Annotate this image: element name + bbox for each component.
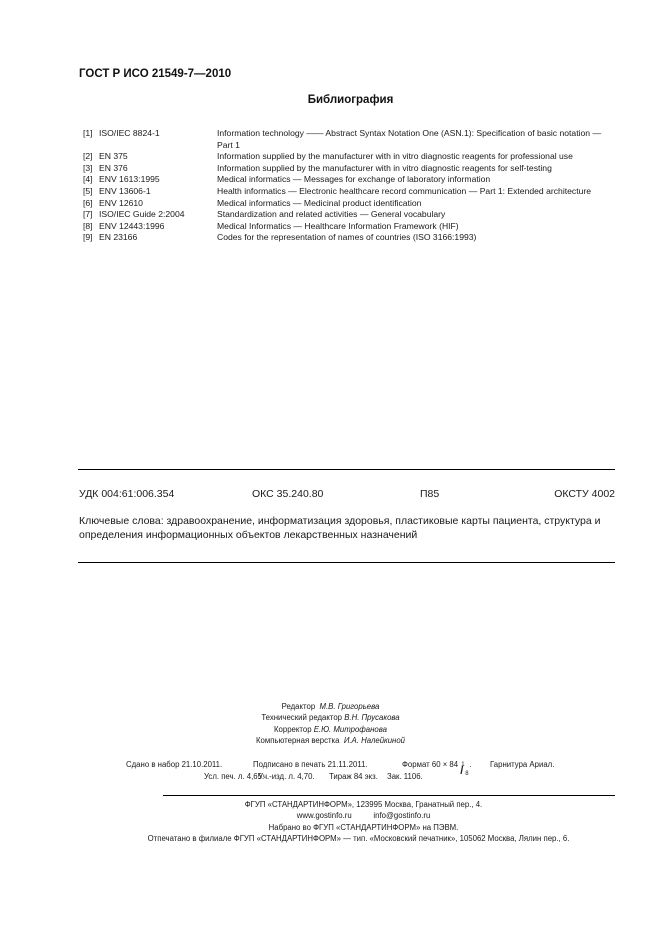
order-number: Зак. 1106. xyxy=(387,772,423,781)
print-run: Тираж 84 экз. xyxy=(329,772,378,781)
item-title: Medical informatics — Messages for excha… xyxy=(217,174,618,186)
typeset-date: Сдано в набор 21.10.2011. xyxy=(126,760,222,769)
fraction-slash: / xyxy=(460,765,463,777)
credit-name: Е.Ю. Митрофанова xyxy=(314,725,387,734)
signed-date: Подписано в печать 21.11.2011. xyxy=(253,760,368,769)
item-number: [4] xyxy=(83,174,99,186)
item-reference: ENV 1613:1995 xyxy=(99,174,217,186)
document-code: ГОСТ Р ИСО 21549-7—2010 xyxy=(79,68,231,80)
edit-sheets: Уч.-изд. л. 4,70. xyxy=(258,772,315,781)
printed-note: Отпечатано в филиале ФГУП «СТАНДАРТИНФОР… xyxy=(0,833,661,844)
item-number: [3] xyxy=(83,163,99,175)
item-title: Medical informatics — Medicinal product … xyxy=(217,198,618,210)
bibliography-item: [9] EN 23166 Codes for the representatio… xyxy=(83,232,618,244)
item-number: [2] xyxy=(83,151,99,163)
item-reference: ISO/IEC 8824-1 xyxy=(99,128,217,151)
item-number: [8] xyxy=(83,221,99,233)
bibliography-item: [5] ENV 13606-1 Health informatics — Ele… xyxy=(83,186,618,198)
item-title: Medical Informatics — Healthcare Informa… xyxy=(217,221,618,233)
section-title: Библиография xyxy=(0,94,661,106)
format-label: Формат 60 × 84 xyxy=(402,760,458,769)
item-number: [6] xyxy=(83,198,99,210)
bibliography-item: [6] ENV 12610 Medical informatics — Medi… xyxy=(83,198,618,210)
print-sheets: Усл. печ. л. 4,65. xyxy=(204,772,264,781)
credit-name: В.Н. Прусакова xyxy=(344,713,399,722)
website-link[interactable]: www.gostinfo.ru xyxy=(297,811,352,820)
item-reference: ENV 13606-1 xyxy=(99,186,217,198)
item-reference: ISO/IEC Guide 2:2004 xyxy=(99,209,217,221)
item-number: [9] xyxy=(83,232,99,244)
email-link[interactable]: info@gostinfo.ru xyxy=(373,811,430,820)
item-title: Codes for the representation of names of… xyxy=(217,232,618,244)
credit-role: Компьютерная верстка xyxy=(256,736,340,745)
credit-name: М.В. Григорьева xyxy=(320,702,380,711)
credit-role: Редактор xyxy=(282,702,316,711)
item-reference: ENV 12610 xyxy=(99,198,217,210)
format: Формат 60 × 84 1 / 8 . xyxy=(402,760,471,769)
typeset-note: Набрано во ФГУП «СТАНДАРТИНФОРМ» на ПЭВМ… xyxy=(0,822,661,833)
item-number: [7] xyxy=(83,209,99,221)
credit-editor: Редактор М.В. Григорьева xyxy=(0,701,661,712)
contacts: www.gostinfo.ru info@gostinfo.ru xyxy=(0,810,661,821)
item-reference: EN 376 xyxy=(99,163,217,175)
udk-code: УДК 004:61:006.354 xyxy=(79,488,174,500)
credit-role: Технический редактор xyxy=(261,713,342,722)
oks-code: ОКС 35.240.80 xyxy=(252,488,323,500)
item-title: Information technology —— Abstract Synta… xyxy=(217,128,618,151)
typeface: Гарнитура Ариал. xyxy=(490,760,554,769)
bibliography-item: [3] EN 376 Information supplied by the m… xyxy=(83,163,618,175)
credit-name: И.А. Налейкиной xyxy=(344,736,405,745)
keywords: Ключевые слова: здравоохранение, информа… xyxy=(79,514,617,542)
group-code: П85 xyxy=(420,488,439,500)
item-reference: ENV 12443:1996 xyxy=(99,221,217,233)
fraction-denominator: 8 xyxy=(465,771,468,777)
item-reference: EN 375 xyxy=(99,151,217,163)
imprint-divider xyxy=(163,795,615,796)
keywords-divider xyxy=(78,562,615,563)
bibliography-item: [7] ISO/IEC Guide 2:2004 Standardization… xyxy=(83,209,618,221)
bibliography-item: [8] ENV 12443:1996 Medical Informatics —… xyxy=(83,221,618,233)
publisher-address: ФГУП «СТАНДАРТИНФОРМ», 123995 Москва, Гр… xyxy=(0,799,661,810)
item-reference: EN 23166 xyxy=(99,232,217,244)
bibliography-list: [1] ISO/IEC 8824-1 Information technolog… xyxy=(83,128,618,244)
top-divider xyxy=(78,469,615,470)
credit-tech-editor: Технический редактор В.Н. Прусакова xyxy=(0,712,661,723)
bibliography-item: [2] EN 375 Information supplied by the m… xyxy=(83,151,618,163)
item-title: Information supplied by the manufacturer… xyxy=(217,151,618,163)
bibliography-item: [4] ENV 1613:1995 Medical informatics — … xyxy=(83,174,618,186)
imprint-block: ФГУП «СТАНДАРТИНФОРМ», 123995 Москва, Гр… xyxy=(0,799,661,844)
credit-proofreader: Корректор Е.Ю. Митрофанова xyxy=(0,724,661,735)
item-number: [5] xyxy=(83,186,99,198)
item-title: Information supplied by the manufacturer… xyxy=(217,163,618,175)
credit-role: Корректор xyxy=(274,725,312,734)
credit-layout: Компьютерная верстка И.А. Налейкиной xyxy=(0,735,661,746)
bibliography-item: [1] ISO/IEC 8824-1 Information technolog… xyxy=(83,128,618,151)
item-number: [1] xyxy=(83,128,99,151)
item-title: Health informatics — Electronic healthca… xyxy=(217,186,618,198)
credits-block: Редактор М.В. Григорьева Технический ред… xyxy=(0,701,661,746)
item-title: Standardization and related activities —… xyxy=(217,209,618,221)
okstu-code: ОКСТУ 4002 xyxy=(554,488,615,500)
